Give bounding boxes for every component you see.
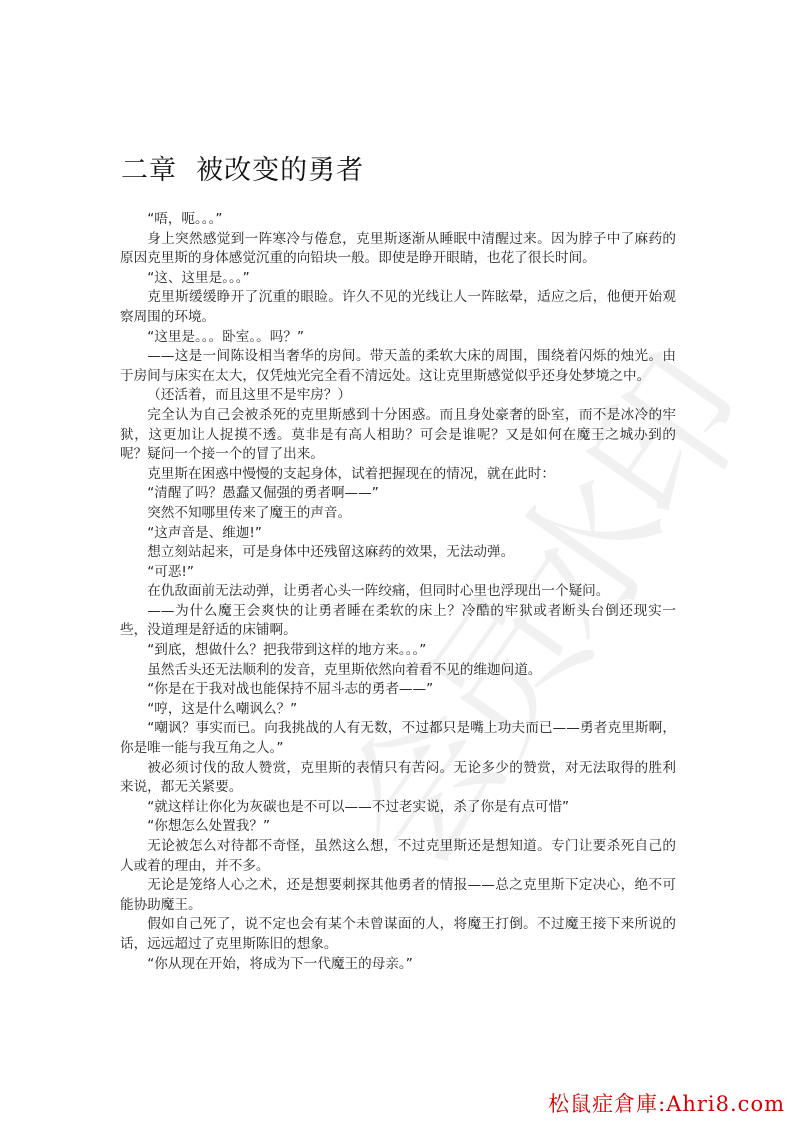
paragraph: ——这是一间陈设相当奢华的房间。带天盖的柔软大床的周围，围绕着闪烁的烛光。由于房… [120,347,676,386]
paragraph: 突然不知哪里传来了魔王的声音。 [120,504,676,524]
paragraph: 在仇敌面前无法动弹，让勇者心头一阵绞痛，但同时心里也浮现出一个疑问。 [120,582,676,602]
paragraph: 想立刻站起来，可是身体中还残留这麻药的效果，无法动弹。 [120,543,676,563]
paragraph: “哼，这是什么嘲讽么？” [120,700,676,720]
paragraph: 虽然舌头还无法顺利的发音，克里斯依然向着看不见的维迦问道。 [120,661,676,681]
chapter-body: “唔，呃。。。” 身上突然感觉到一阵寒冷与倦怠，克里斯逐渐从睡眠中清醒过来。因为… [120,210,676,974]
paragraph: ——为什么魔王会爽快的让勇者睡在柔软的床上？冷酷的牢狱或者断头台倒还现实一些，没… [120,602,676,641]
paragraph: “就这样让你化为灰碳也是不可以——不过老实说，杀了你是有点可惜” [120,798,676,818]
paragraph: “到底，想做什么？把我带到这样的地方来。。。” [120,641,676,661]
paragraph: 完全认为自己会被杀死的克里斯感到十分困惑。而且身处豪奢的卧室，而不是冰冷的牢狱，… [120,406,676,465]
footer-site-brand: 松鼠症倉庫:Ahri8.com [548,1088,785,1118]
paragraph: “嘲讽？事实而已。向我挑战的人有无数，不过都只是嘴上功夫而已——勇者克里斯啊，你… [120,719,676,758]
paragraph: “可恶!” [120,563,676,583]
paragraph: （还活着，而且这里不是牢房？） [120,386,676,406]
paragraph: “你从现在开始，将成为下一代魔王的母亲。” [120,955,676,975]
paragraph: “这声音是、维迦!” [120,524,676,544]
paragraph: “你想怎么处置我？” [120,817,676,837]
paragraph: 身上突然感觉到一阵寒冷与倦怠，克里斯逐渐从睡眠中清醒过来。因为脖子中了麻药的原因… [120,230,676,269]
paragraph: “你是在于我对战也能保持不屈斗志的勇者——” [120,680,676,700]
chapter-title: 二章 被改变的勇者 [121,148,364,187]
document-page: 会员水印 二章 被改变的勇者 “唔，呃。。。” 身上突然感觉到一阵寒冷与倦怠，克… [0,0,793,1122]
paragraph: “这里是。。。卧室。。吗？” [120,328,676,348]
paragraph: 无论被怎么对待都不奇怪，虽然这么想，不过克里斯还是想知道。专门让要杀死自己的人或… [120,837,676,876]
paragraph: 克里斯在困惑中慢慢的支起身体，试着把握现在的情况，就在此时： [120,465,676,485]
paragraph: 假如自己死了，说不定也会有某个未曾谋面的人，将魔王打倒。不过魔王接下来所说的话，… [120,915,676,954]
paragraph: “这、这里是。。。” [120,269,676,289]
paragraph: 无论是笼络人心之术，还是想要刺探其他勇者的情报——总之克里斯下定决心，绝不可能协… [120,876,676,915]
paragraph: “唔，呃。。。” [120,210,676,230]
paragraph: 克里斯缓缓睁开了沉重的眼睑。许久不见的光线让人一阵眩晕，适应之后，他便开始观察周… [120,288,676,327]
paragraph: 被必须讨伐的敌人赞赏，克里斯的表情只有苦闷。无论多少的赞赏，对无法取得的胜利来说… [120,759,676,798]
paragraph: “清醒了吗？愚蠢又倔强的勇者啊——” [120,484,676,504]
